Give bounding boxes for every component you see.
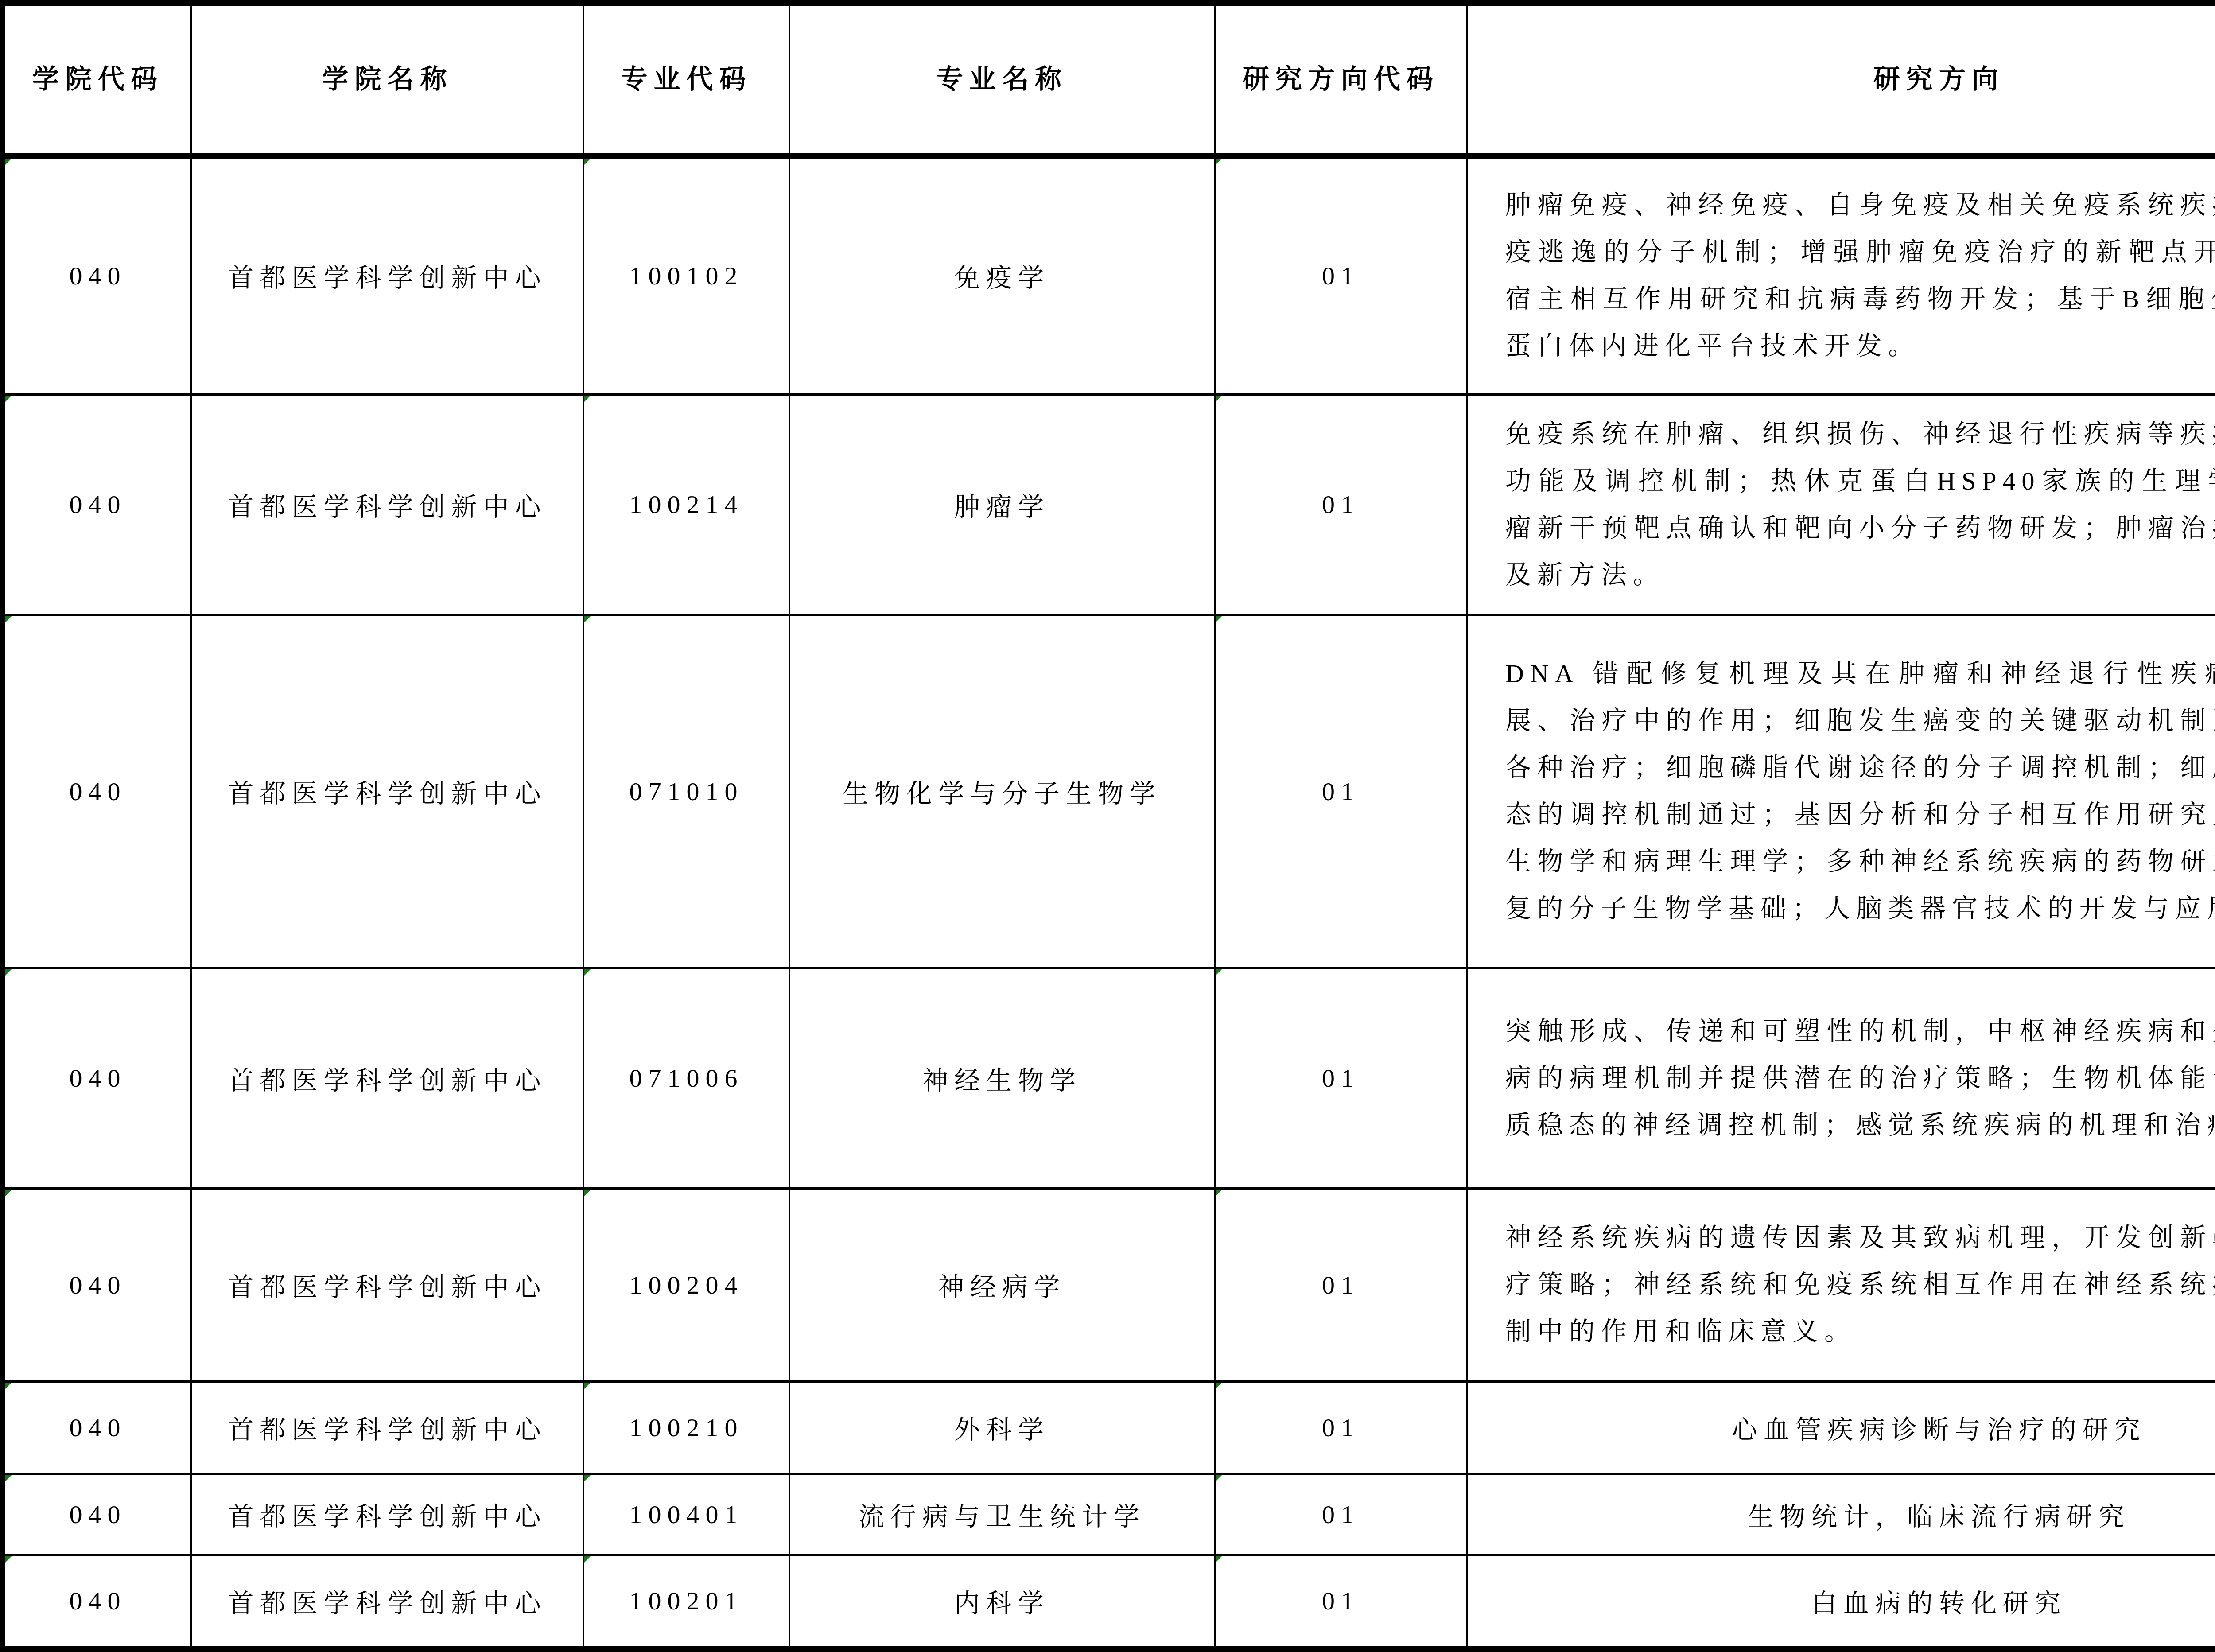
cell-research-direction[interactable]: 神经系统疾病的遗传因素及其致病机理，开发创新靶向干预治疗策略；神经系统和免疫系统… — [1467, 1189, 2215, 1381]
cell-text: 生物化学与分子生物学 — [843, 779, 1162, 808]
cell-text: 肿瘤学 — [954, 493, 1050, 521]
cell-major-name[interactable]: 外科学 — [789, 1381, 1215, 1474]
cell-college-name[interactable]: 首都医学科学创新中心 — [191, 394, 583, 615]
cell-text: 071010 — [630, 777, 744, 806]
cell-text: 神经生物学 — [922, 1066, 1082, 1095]
cell-text: 01 — [1322, 1413, 1360, 1442]
number-stored-as-text-indicator-icon — [1216, 1475, 1222, 1481]
cell-direction-code[interactable]: 01 — [1215, 1555, 1467, 1647]
number-stored-as-text-indicator-icon — [584, 1190, 591, 1196]
cell-direction-code[interactable]: 01 — [1215, 394, 1467, 615]
cell-text: 首都医学科学创新中心 — [228, 493, 547, 521]
cell-college-name[interactable]: 首都医学科学创新中心 — [191, 1474, 583, 1555]
cell-text: 免疫学 — [954, 264, 1050, 292]
cell-major-code[interactable]: 100210 — [583, 1381, 789, 1474]
cell-major-code[interactable]: 100401 — [583, 1474, 789, 1555]
number-stored-as-text-indicator-icon — [5, 1556, 12, 1563]
table-row: 040 首都医学科学创新中心 100201 内科学 01 白血病的转化研究 主鸿… — [4, 1555, 2215, 1647]
number-stored-as-text-indicator-icon — [5, 969, 12, 976]
header-major-name[interactable]: 专业名称 — [789, 5, 1215, 155]
table-row: 040 首都医学科学创新中心 100214 肿瘤学 01 免疫系统在肿瘤、组织损… — [4, 394, 2215, 615]
cell-text: 内科学 — [954, 1589, 1050, 1618]
number-stored-as-text-indicator-icon — [5, 1383, 12, 1389]
cell-text: 040 — [70, 1500, 127, 1529]
cell-college-code[interactable]: 040 — [4, 155, 191, 394]
header-college-code[interactable]: 学院代码 — [4, 5, 191, 155]
table-row: 040 首都医学科学创新中心 100102 免疫学 01 肿瘤免疫、神经免疫、自… — [4, 155, 2215, 394]
cell-text: 免疫系统在肿瘤、组织损伤、神经退行性疾病等疾病过程中的功能及调控机制；热休克蛋白… — [1505, 420, 2215, 589]
cell-major-code[interactable]: 071006 — [583, 968, 789, 1189]
number-stored-as-text-indicator-icon — [1216, 616, 1222, 622]
cell-text: 神经系统疾病的遗传因素及其致病机理，开发创新靶向干预治疗策略；神经系统和免疫系统… — [1505, 1223, 2215, 1346]
cell-text: 040 — [70, 1413, 127, 1442]
cell-college-code[interactable]: 040 — [4, 968, 191, 1189]
table-row: 040 首都医学科学创新中心 071010 生物化学与分子生物学 01 DNA … — [4, 615, 2215, 968]
cell-text: DNA 错配修复机理及其在肿瘤和神经退行性疾病发生、发展、治疗中的作用；细胞发生… — [1505, 659, 2215, 923]
cell-college-name[interactable]: 首都医学科学创新中心 — [191, 1381, 583, 1474]
cell-major-name[interactable]: 内科学 — [789, 1555, 1215, 1647]
cell-research-direction[interactable]: 突触形成、传递和可塑性的机制，中枢神经疾病和外周神经疾病的病理机制并提供潜在的治… — [1467, 968, 2215, 1189]
cell-text: 白血病的转化研究 — [1811, 1589, 2067, 1618]
cell-college-name[interactable]: 首都医学科学创新中心 — [191, 615, 583, 968]
cell-direction-code[interactable]: 01 — [1215, 615, 1467, 968]
cell-text: 071006 — [630, 1064, 744, 1092]
cell-major-name[interactable]: 肿瘤学 — [789, 394, 1215, 615]
cell-research-direction[interactable]: 白血病的转化研究 — [1467, 1555, 2215, 1647]
number-stored-as-text-indicator-icon — [1216, 1383, 1222, 1389]
cell-text: 100214 — [630, 490, 744, 519]
cell-major-name[interactable]: 神经病学 — [789, 1189, 1215, 1381]
cell-direction-code[interactable]: 01 — [1215, 968, 1467, 1189]
number-stored-as-text-indicator-icon — [1216, 1190, 1222, 1196]
cell-research-direction[interactable]: 心血管疾病诊断与治疗的研究 — [1467, 1381, 2215, 1474]
cell-text: 首都医学科学创新中心 — [228, 1502, 547, 1531]
cell-text: 神经病学 — [938, 1273, 1066, 1302]
cell-text: 流行病与卫生统计学 — [859, 1502, 1146, 1531]
header-major-code[interactable]: 专业代码 — [583, 5, 789, 155]
cell-text: 100401 — [630, 1500, 744, 1529]
cell-college-code[interactable]: 040 — [4, 615, 191, 968]
number-stored-as-text-indicator-icon — [584, 159, 591, 165]
cell-text: 01 — [1322, 1064, 1360, 1092]
cell-research-direction[interactable]: 生物统计，临床流行病研究 — [1467, 1474, 2215, 1555]
cell-text: 首都医学科学创新中心 — [228, 779, 547, 808]
cell-direction-code[interactable]: 01 — [1215, 1474, 1467, 1555]
cell-text: 100204 — [630, 1271, 744, 1299]
cell-college-code[interactable]: 040 — [4, 1189, 191, 1381]
cell-college-code[interactable]: 040 — [4, 1474, 191, 1555]
number-stored-as-text-indicator-icon — [1216, 396, 1222, 402]
header-college-name[interactable]: 学院名称 — [191, 5, 583, 155]
cell-text: 生物统计，临床流行病研究 — [1748, 1502, 2130, 1531]
cell-text: 040 — [70, 261, 127, 290]
cell-text: 040 — [70, 1064, 127, 1092]
cell-research-direction[interactable]: DNA 错配修复机理及其在肿瘤和神经退行性疾病发生、发展、治疗中的作用；细胞发生… — [1467, 615, 2215, 968]
cell-text: 01 — [1322, 777, 1360, 806]
cell-college-code[interactable]: 040 — [4, 394, 191, 615]
cell-college-name[interactable]: 首都医学科学创新中心 — [191, 155, 583, 394]
number-stored-as-text-indicator-icon — [584, 1556, 591, 1563]
cell-text: 01 — [1322, 490, 1360, 519]
header-direction-code[interactable]: 研究方向代码 — [1215, 5, 1467, 155]
cell-text: 首都医学科学创新中心 — [228, 264, 547, 292]
cell-text: 100201 — [630, 1586, 744, 1615]
cell-text: 01 — [1322, 1586, 1360, 1615]
number-stored-as-text-indicator-icon — [584, 1475, 591, 1481]
number-stored-as-text-indicator-icon — [1216, 159, 1222, 165]
spreadsheet-table-view: 学院代码 学院名称 专业代码 专业名称 研究方向代码 研究方向 导师姓名 拟接收… — [0, 0, 2215, 1652]
number-stored-as-text-indicator-icon — [5, 1190, 12, 1196]
number-stored-as-text-indicator-icon — [1216, 969, 1222, 976]
cell-text: 01 — [1322, 261, 1360, 290]
cell-text: 100210 — [630, 1413, 744, 1442]
cell-text: 100102 — [630, 261, 744, 290]
cell-text: 01 — [1322, 1500, 1360, 1529]
cell-college-code[interactable]: 040 — [4, 1555, 191, 1647]
number-stored-as-text-indicator-icon — [5, 159, 12, 165]
admissions-quota-table: 学院代码 学院名称 专业代码 专业名称 研究方向代码 研究方向 导师姓名 拟接收… — [4, 4, 2215, 1648]
number-stored-as-text-indicator-icon — [584, 969, 591, 976]
number-stored-as-text-indicator-icon — [1216, 1556, 1222, 1563]
cell-major-code[interactable]: 100201 — [583, 1555, 789, 1647]
cell-major-code[interactable]: 100102 — [583, 155, 789, 394]
cell-major-code[interactable]: 100204 — [583, 1189, 789, 1381]
cell-text: 首都医学科学创新中心 — [228, 1273, 547, 1302]
cell-text: 首都医学科学创新中心 — [228, 1589, 547, 1618]
cell-text: 肿瘤免疫、神经免疫、自身免疫及相关免疫系统疾病；肿瘤免疫逃逸的分子机制；增强肿瘤… — [1505, 190, 2215, 360]
header-row: 学院代码 学院名称 专业代码 专业名称 研究方向代码 研究方向 导师姓名 拟接收… — [4, 5, 2215, 155]
cell-direction-code[interactable]: 01 — [1215, 155, 1467, 394]
cell-text: 040 — [70, 777, 127, 806]
cell-text: 040 — [70, 1586, 127, 1615]
cell-major-name[interactable]: 免疫学 — [789, 155, 1215, 394]
cell-direction-code[interactable]: 01 — [1215, 1189, 1467, 1381]
cell-text: 01 — [1322, 1271, 1360, 1299]
cell-college-code[interactable]: 040 — [4, 1381, 191, 1474]
cell-text: 首都医学科学创新中心 — [228, 1066, 547, 1095]
cell-text: 040 — [70, 1271, 127, 1299]
cell-major-code[interactable]: 100214 — [583, 394, 789, 615]
number-stored-as-text-indicator-icon — [584, 1383, 591, 1389]
header-research-direction[interactable]: 研究方向 — [1467, 5, 2215, 155]
table-row: 040 首都医学科学创新中心 100204 神经病学 01 神经系统疾病的遗传因… — [4, 1189, 2215, 1381]
table-row: 040 首都医学科学创新中心 071006 神经生物学 01 突触形成、传递和可… — [4, 968, 2215, 1189]
cell-text: 心血管疾病诊断与治疗的研究 — [1732, 1415, 2146, 1444]
cell-major-name[interactable]: 神经生物学 — [789, 968, 1215, 1189]
cell-text: 突触形成、传递和可塑性的机制，中枢神经疾病和外周神经疾病的病理机制并提供潜在的治… — [1505, 1017, 2215, 1139]
cell-research-direction[interactable]: 肿瘤免疫、神经免疫、自身免疫及相关免疫系统疾病；肿瘤免疫逃逸的分子机制；增强肿瘤… — [1467, 155, 2215, 394]
number-stored-as-text-indicator-icon — [584, 616, 591, 622]
cell-major-name[interactable]: 生物化学与分子生物学 — [789, 615, 1215, 968]
number-stored-as-text-indicator-icon — [5, 616, 12, 622]
cell-research-direction[interactable]: 免疫系统在肿瘤、组织损伤、神经退行性疾病等疾病过程中的功能及调控机制；热休克蛋白… — [1467, 394, 2215, 615]
cell-major-name[interactable]: 流行病与卫生统计学 — [789, 1474, 1215, 1555]
cell-college-name[interactable]: 首都医学科学创新中心 — [191, 1555, 583, 1647]
table-row: 040 首都医学科学创新中心 100210 外科学 01 心血管疾病诊断与治疗的… — [4, 1381, 2215, 1474]
cell-college-name[interactable]: 首都医学科学创新中心 — [191, 968, 583, 1189]
table-row: 040 首都医学科学创新中心 100401 流行病与卫生统计学 01 生物统计，… — [4, 1474, 2215, 1555]
number-stored-as-text-indicator-icon — [5, 1475, 12, 1481]
cell-text: 首都医学科学创新中心 — [228, 1415, 547, 1444]
number-stored-as-text-indicator-icon — [5, 396, 12, 402]
cell-text: 040 — [70, 490, 127, 519]
cell-direction-code[interactable]: 01 — [1215, 1381, 1467, 1474]
number-stored-as-text-indicator-icon — [584, 396, 591, 402]
cell-major-code[interactable]: 071010 — [583, 615, 789, 968]
cell-text: 外科学 — [954, 1415, 1050, 1444]
cell-college-name[interactable]: 首都医学科学创新中心 — [191, 1189, 583, 1381]
